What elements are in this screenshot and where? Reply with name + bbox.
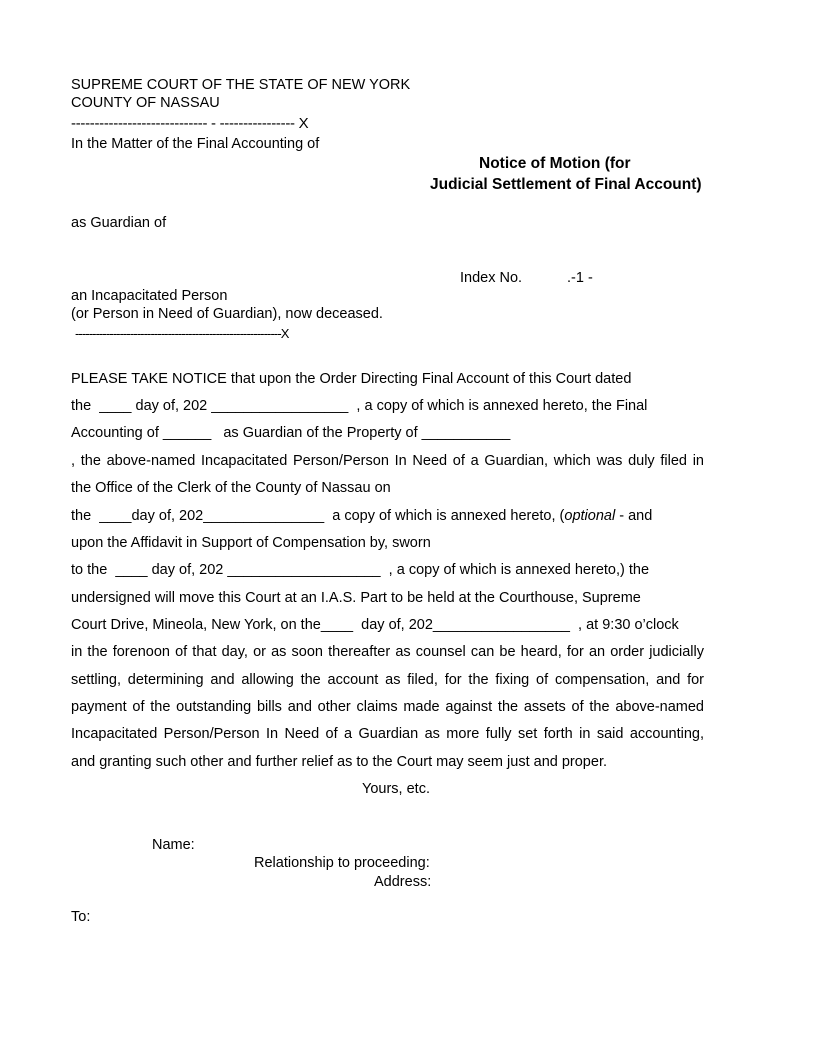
address-label: Address:	[374, 874, 431, 891]
to-label: To:	[71, 909, 90, 926]
body-line: and granting such other and further reli…	[71, 754, 607, 771]
body-line: settling, determining and allowing the a…	[71, 672, 704, 689]
body-line: , the above-named Incapacitated Person/P…	[71, 453, 704, 470]
body-line: payment of the outstanding bills and oth…	[71, 699, 704, 716]
body-line: upon the Affidavit in Support of Compens…	[71, 535, 431, 552]
body-line: Accounting of ______ as Guardian of the …	[71, 425, 510, 442]
body-line: the ____ day of, 202 _________________ ,…	[71, 398, 647, 415]
name-label: Name:	[152, 837, 195, 854]
index-number-label: Index No.	[460, 270, 522, 287]
optional-tail: - and	[615, 508, 652, 524]
caption-bottom-rule: ----------------------------------------…	[75, 325, 289, 342]
body-line: Court Drive, Mineola, New York, on the__…	[71, 617, 679, 634]
need-of-guardian-label: (or Person in Need of Guardian), now dec…	[71, 306, 383, 323]
body-line-text: the ____day of, 202_______________ a cop…	[71, 508, 564, 524]
county-name: COUNTY OF NASSAU	[71, 95, 220, 112]
body-line: the ____day of, 202_______________ a cop…	[71, 508, 652, 525]
body-line: PLEASE TAKE NOTICE that upon the Order D…	[71, 371, 631, 388]
body-line: in the forenoon of that day, or as soon …	[71, 644, 704, 661]
relationship-label: Relationship to proceeding:	[254, 855, 430, 872]
caption-top-rule: ----------------------------- - --------…	[71, 115, 308, 132]
matter-heading: In the Matter of the Final Accounting of	[71, 136, 319, 153]
body-line: to the ____ day of, 202 ________________…	[71, 562, 649, 579]
title-line-1: Notice of Motion (for	[479, 155, 631, 172]
incapacitated-person-label: an Incapacitated Person	[71, 288, 227, 305]
yours-etc: Yours, etc.	[362, 781, 430, 798]
optional-word: optional	[564, 508, 615, 524]
body-line: Incapacitated Person/Person In Need of a…	[71, 726, 704, 743]
court-name: SUPREME COURT OF THE STATE OF NEW YORK	[71, 77, 410, 94]
body-line: undersigned will move this Court at an I…	[71, 590, 641, 607]
index-number-value: .-1 -	[567, 270, 593, 287]
title-line-2: Judicial Settlement of Final Account)	[430, 176, 702, 193]
guardian-label: as Guardian of	[71, 215, 166, 232]
body-line: the Office of the Clerk of the County of…	[71, 480, 391, 497]
